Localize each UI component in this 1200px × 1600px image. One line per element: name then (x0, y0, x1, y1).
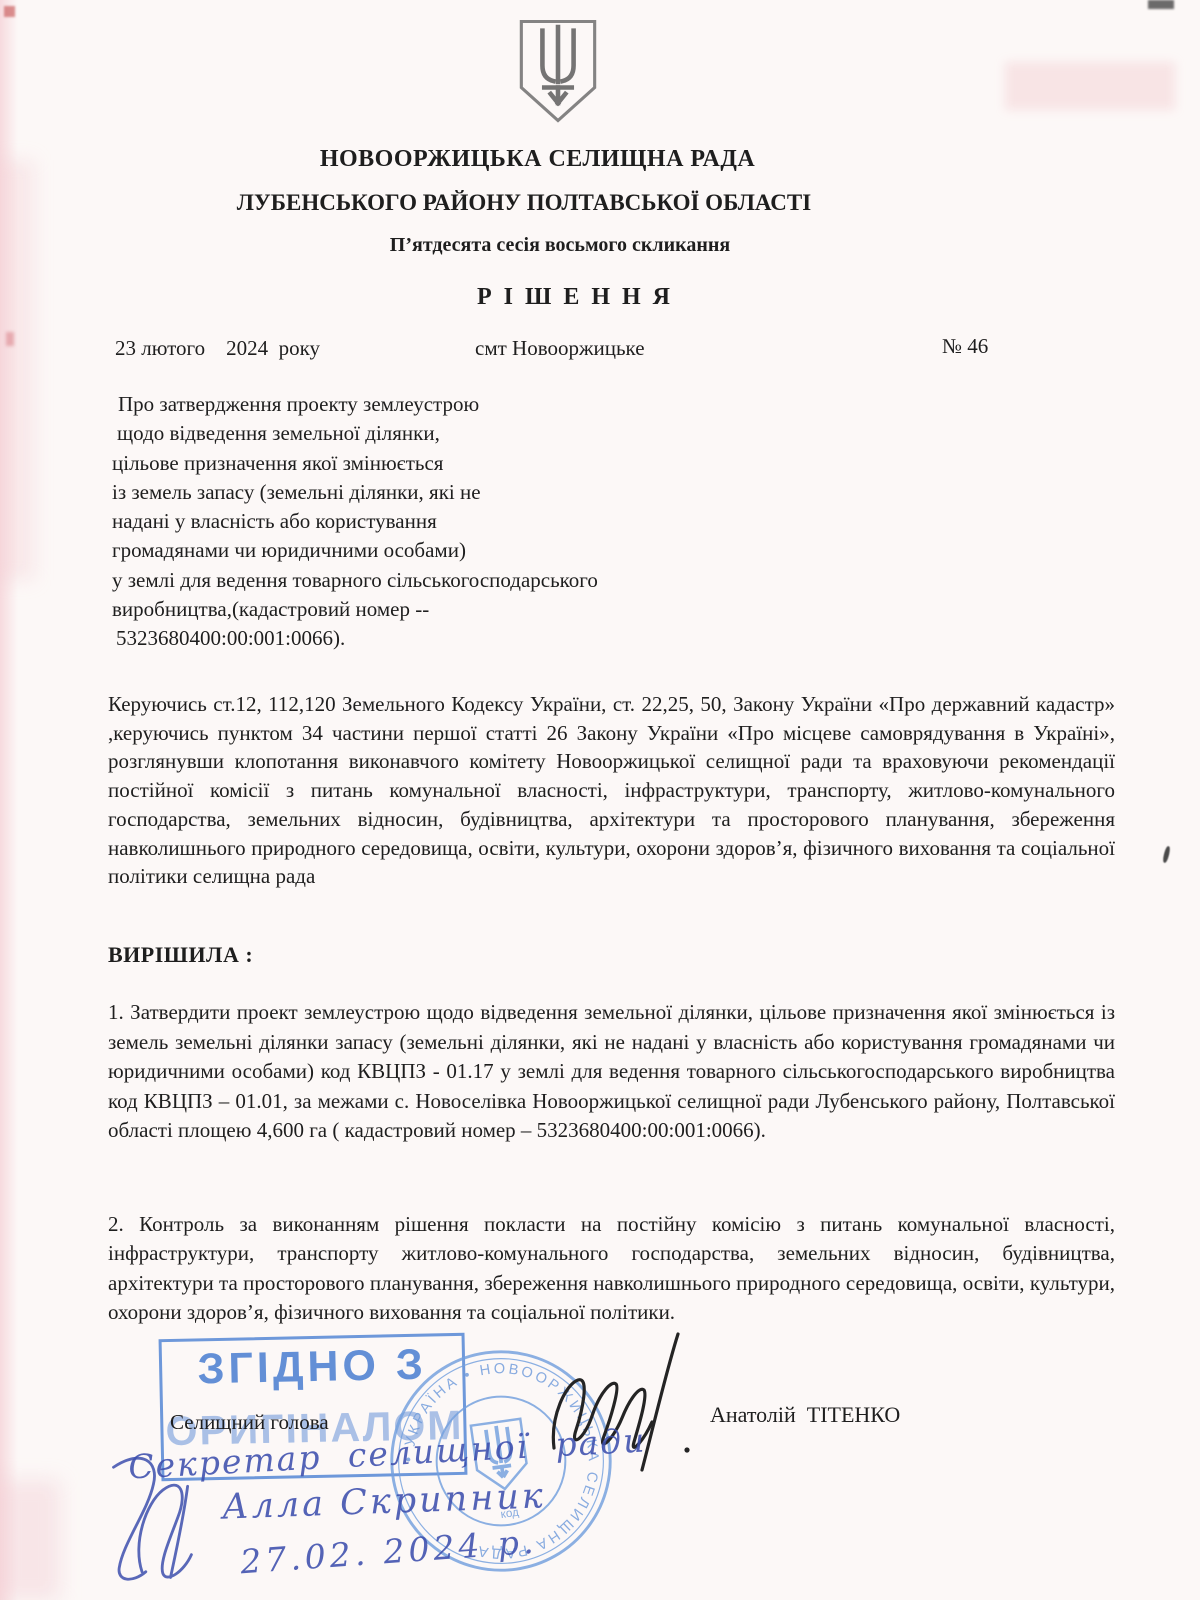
signatory-name: Анатолій ТІТЕНКО (710, 1402, 900, 1428)
document-date: 23 лютого 2024 року (115, 336, 320, 361)
handwritten-flourish (104, 1426, 256, 1594)
signature-strokes (532, 1320, 717, 1490)
scan-artifact-red-dot (4, 6, 15, 17)
resolved-heading: ВИРІШИЛА : (108, 942, 253, 968)
document-place: смт Новооржицьке (475, 336, 645, 361)
subject-line: цільове призначення якої змінюється (112, 449, 598, 478)
scan-artifact-pink-blotch (0, 160, 34, 580)
scan-artifact-red-dot (6, 332, 14, 346)
resolution-item-2: 2. Контроль за виконанням рішення поклас… (108, 1210, 1115, 1328)
scanned-document-page: НОВООРЖИЦЬКА СЕЛИЩНА РАДА ЛУБЕНСЬКОГО РА… (0, 0, 1200, 1600)
scan-artifact-pink-blotch (0, 1480, 60, 1600)
subject-line: Про затвердження проекту землеустрою (118, 390, 598, 419)
scan-artifact-corner-mark (1148, 0, 1174, 9)
subject-line: щодо відведення земельної ділянки, (117, 419, 598, 448)
trident-icon (512, 16, 604, 126)
subject-line: надані у власність або користування (112, 507, 598, 536)
scan-artifact-dark-comma (1162, 846, 1171, 864)
mayor-signature (532, 1320, 717, 1490)
subject-line: із земель запасу (земельні ділянки, які … (112, 478, 598, 507)
scan-artifact-bleedthrough-text (1005, 62, 1175, 110)
subject-line: 5323680400:00:001:0066). (116, 624, 598, 653)
session-line: П’ятдесята сесія восьмого скликання (0, 234, 1120, 257)
preamble-paragraph: Керуючись ст.12, 112,120 Земельного Коде… (108, 690, 1115, 891)
document-number: № 46 (942, 334, 988, 359)
flourish-strokes (104, 1426, 256, 1594)
subject-line: громадянами чи юридичними особами) (112, 536, 598, 565)
council-name: НОВООРЖИЦЬКА СЕЛИЩНА РАДА (0, 146, 1075, 173)
ukraine-trident-emblem (512, 16, 604, 126)
document-type-title: Р І Ш Е Н Н Я (0, 284, 1150, 311)
resolution-item-1: 1. Затвердити проект землеустрою щодо ві… (108, 998, 1115, 1146)
subject-line: у землі для ведення товарного сільського… (112, 566, 598, 595)
district-name: ЛУБЕНСЬКОГО РАЙОНУ ПОЛТАВСЬКОЇ ОБЛАСТІ (0, 190, 1048, 216)
subject-block: Про затвердження проекту землеустрою щод… (112, 390, 598, 654)
subject-line: виробництва,(кадастровий номер -- (112, 595, 598, 624)
